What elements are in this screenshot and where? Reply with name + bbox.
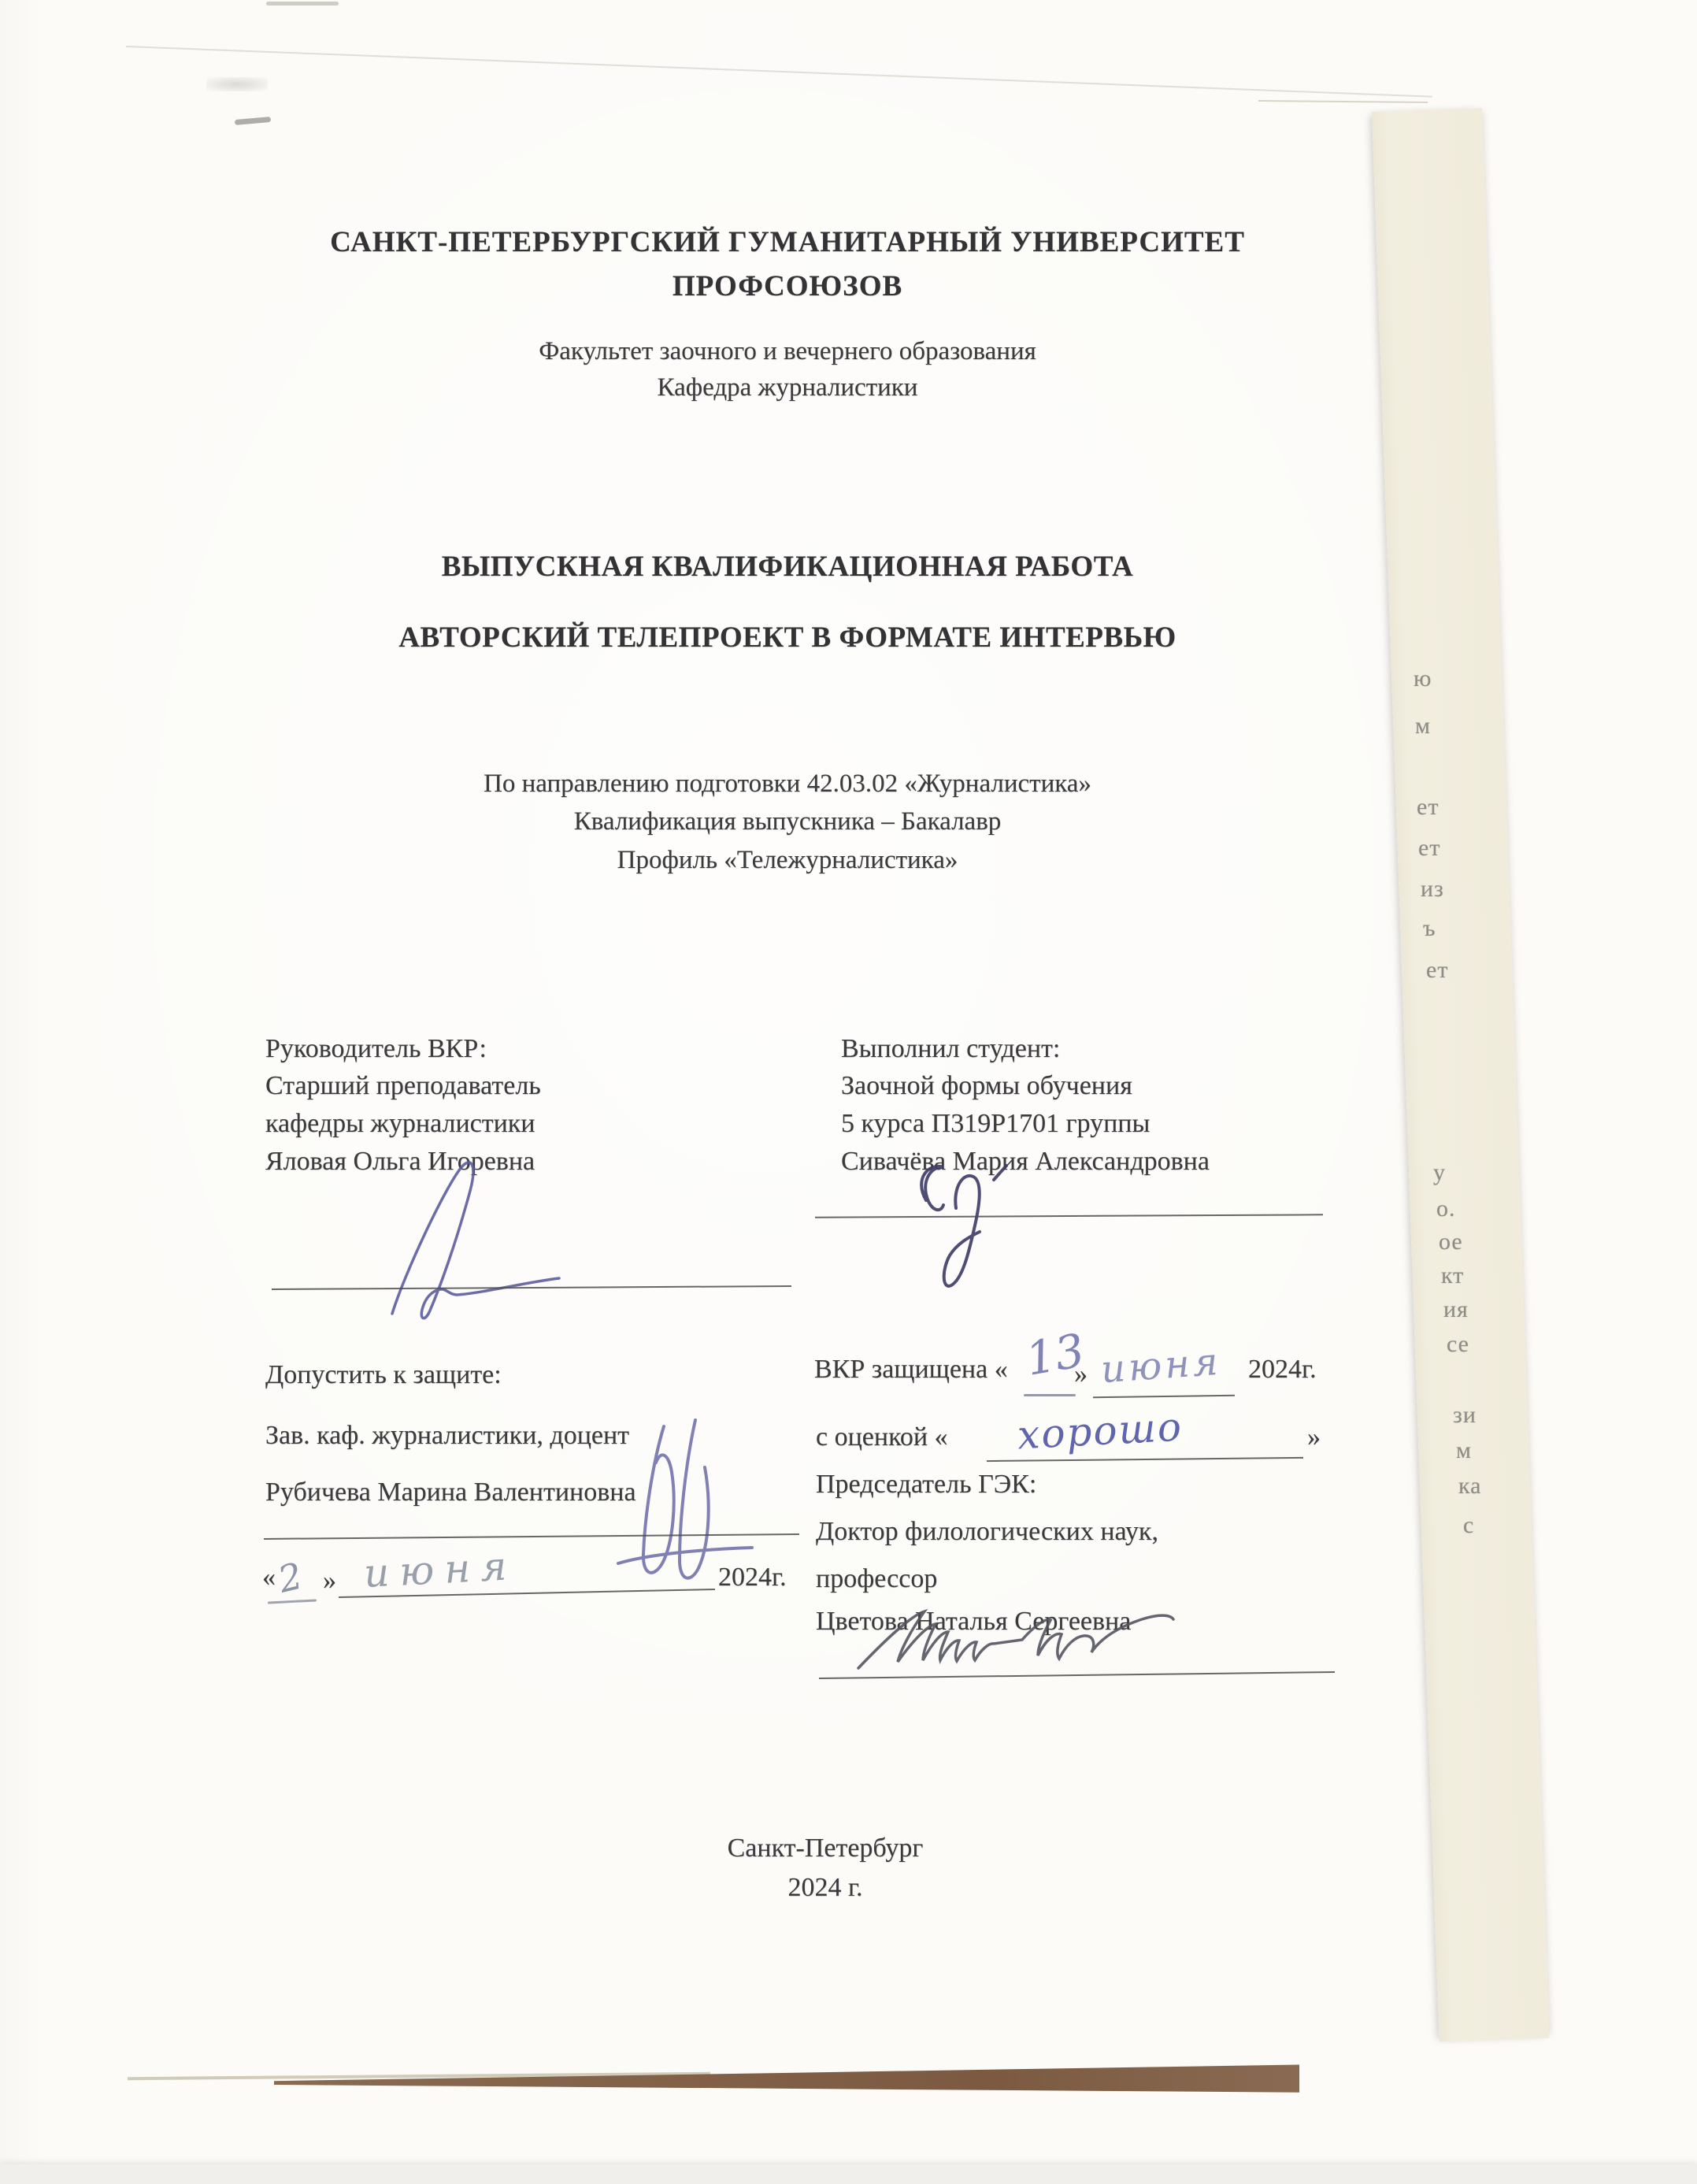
page-behind-text-fragment: ое <box>1439 1229 1463 1255</box>
admission-label: Допустить к защите: <box>265 1360 502 1390</box>
supervisor-signature <box>370 1156 583 1322</box>
page-behind-text-fragment: из <box>1421 876 1444 903</box>
page-behind-text-fragment: с <box>1463 1512 1474 1539</box>
supervisor-position-line2: кафедры журналистики <box>265 1109 535 1139</box>
university-name-line2: ПРОФСОЮЗОВ <box>236 269 1339 303</box>
scanner-bottom-strip <box>0 2164 1697 2184</box>
page-behind-text-fragment: се <box>1447 1331 1469 1358</box>
footer-year: 2024 г. <box>236 1873 1414 1903</box>
defense-defended-prefix: ВКР защищена « <box>814 1355 1008 1385</box>
admission-date-year: 2024г. <box>718 1563 787 1593</box>
page-behind-text-fragment: о. <box>1436 1196 1456 1222</box>
page-behind-text-fragment: зи <box>1453 1402 1477 1429</box>
student-signature-line <box>815 1214 1323 1218</box>
department-head-position: Зав. каф. журналистики, доцент <box>265 1421 629 1451</box>
page-behind-text-fragment: м <box>1415 713 1431 740</box>
defense-day-line <box>1024 1394 1076 1396</box>
admission-day-line <box>268 1599 317 1604</box>
page-top-edge <box>126 46 1432 98</box>
university-name-line1: САНКТ-ПЕТЕРБУРГСКИЙ ГУМАНИТАРНЫЙ УНИВЕРС… <box>236 225 1339 259</box>
defense-defended-suffix: » <box>1074 1359 1087 1389</box>
program-qualification: Квалификация выпускника – Бакалавр <box>236 807 1339 836</box>
student-study-mode: Заочной формы обучения <box>841 1071 1132 1101</box>
student-signature <box>898 1159 1063 1301</box>
scan-artifact <box>266 2 339 6</box>
scanned-title-page: ю м ет ет из ъ ет у о. ое кт ия се зи м … <box>0 0 1697 2184</box>
program-profile: Профиль «Тележурналистика» <box>236 846 1339 875</box>
admission-date-open-quote: « <box>262 1563 276 1593</box>
admission-date-day-handwritten: 2 <box>274 1554 306 1600</box>
page-behind-text-fragment: кт <box>1441 1263 1464 1289</box>
page-behind-edge <box>1372 108 1549 2041</box>
chair-degree: Доктор филологических наук, <box>816 1517 1158 1547</box>
scan-artifact <box>235 117 271 125</box>
admission-date-close-quote: » <box>323 1566 336 1596</box>
work-type-heading: ВЫПУСКНАЯ КВАЛИФИКАЦИОННАЯ РАБОТА <box>236 550 1339 584</box>
grade-handwritten: хорошо <box>1017 1404 1184 1459</box>
supervisor-label: Руководитель ВКР: <box>265 1034 487 1064</box>
defense-year: 2024г. <box>1248 1355 1317 1385</box>
page-behind-text-fragment: м <box>1456 1437 1472 1464</box>
grade-line <box>987 1457 1303 1462</box>
page-behind-text-fragment: ия <box>1443 1296 1469 1323</box>
page-corner-edge <box>1258 100 1428 103</box>
chair-label: Председатель ГЭК: <box>816 1470 1036 1500</box>
page-behind-text-fragment: ю <box>1414 666 1432 692</box>
supervisor-position-line1: Старший преподаватель <box>265 1071 541 1101</box>
chair-signature <box>852 1605 1199 1680</box>
page-behind-text-fragment: у <box>1433 1159 1446 1186</box>
page-behind-text-fragment: ъ <box>1423 915 1436 942</box>
faculty-name: Факультет заочного и вечернего образован… <box>236 337 1339 366</box>
admission-date-month-handwritten: июня <box>363 1543 518 1596</box>
chair-rank: профессор <box>816 1564 937 1594</box>
footer-city: Санкт-Петербург <box>236 1834 1414 1863</box>
student-label: Выполнил студент: <box>841 1034 1060 1064</box>
page-behind-text-fragment: ет <box>1426 957 1448 984</box>
scan-artifact <box>206 77 268 91</box>
department-head-name: Рубичева Марина Валентиновна <box>265 1478 636 1507</box>
thesis-title: АВТОРСКИЙ ТЕЛЕПРОЕКТ В ФОРМАТЕ ИНТЕРВЬЮ <box>236 621 1339 654</box>
page-behind-text-fragment: ет <box>1417 794 1439 821</box>
grade-prefix: с оценкой « <box>816 1422 948 1452</box>
department-name: Кафедра журналистики <box>236 373 1339 402</box>
grade-suffix: » <box>1307 1422 1321 1452</box>
student-group: 5 курса П319Р1701 группы <box>841 1109 1150 1139</box>
defense-month-handwritten: июня <box>1099 1340 1222 1392</box>
page-behind-text-fragment: ка <box>1458 1473 1481 1500</box>
page-behind-text-fragment: ет <box>1418 835 1440 862</box>
defense-month-line <box>1093 1395 1235 1399</box>
scan-shadow-band <box>274 2062 1299 2097</box>
program-direction: По направлению подготовки 42.03.02 «Журн… <box>236 769 1339 799</box>
department-head-signature <box>587 1414 768 1587</box>
